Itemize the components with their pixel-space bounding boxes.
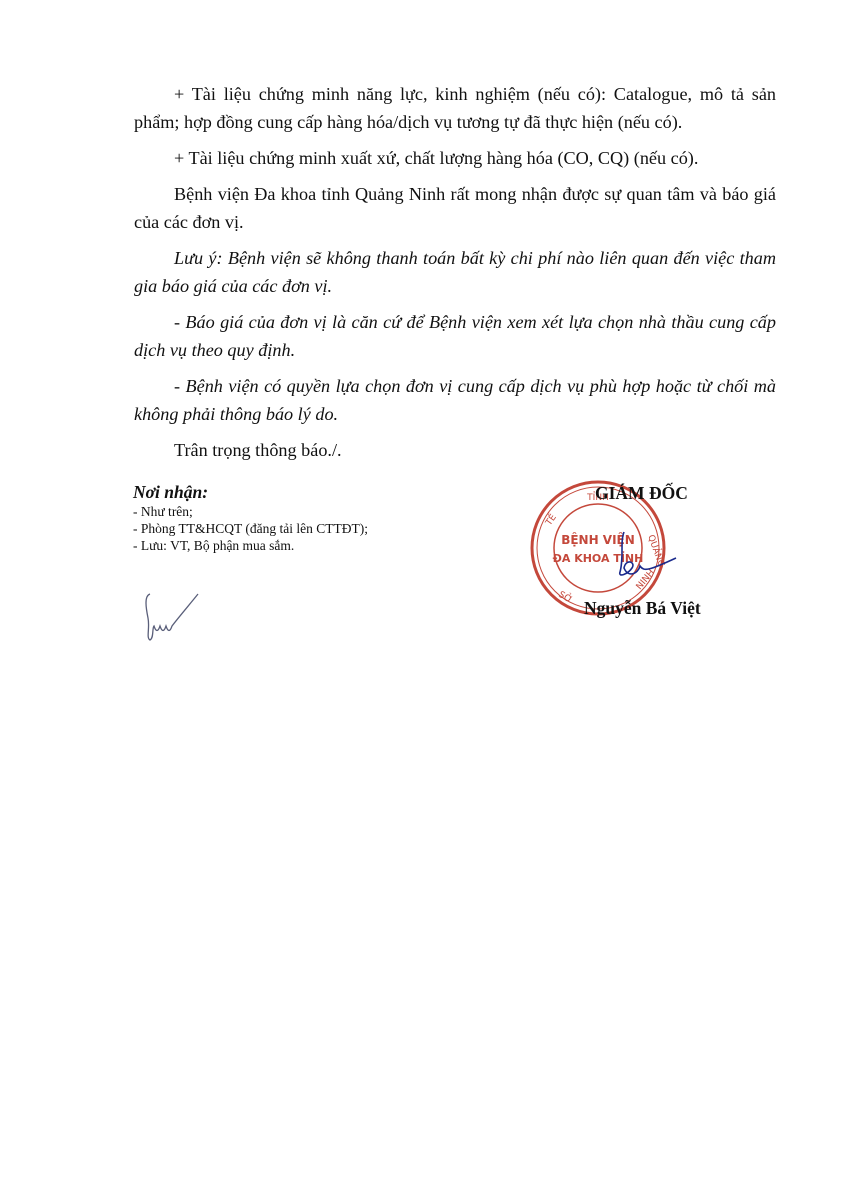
director-signature-icon — [610, 528, 680, 598]
recipients-label: Nơi nhận: — [133, 481, 493, 503]
paragraph-note-selection: - Báo giá của đơn vị là căn cứ để Bệnh v… — [134, 308, 776, 364]
paragraph-capability-docs: + Tài liệu chứng minh năng lực, kinh ngh… — [134, 80, 776, 136]
document-page: + Tài liệu chứng minh năng lực, kinh ngh… — [0, 0, 849, 1200]
paragraph-closing: Trân trọng thông báo./. — [134, 436, 776, 464]
director-name: Nguyễn Bá Việt — [584, 597, 701, 619]
director-title: GIÁM ĐỐC — [595, 482, 688, 504]
paragraph-note: Lưu ý: Bệnh viện sẽ không thanh toán bất… — [134, 244, 776, 300]
recipients-block: Nơi nhận: - Như trên; - Phòng TT&HCQT (đ… — [133, 481, 493, 554]
svg-text:TẾ: TẾ — [542, 511, 559, 528]
initial-signature-icon — [138, 588, 208, 646]
paragraph-origin-docs: + Tài liệu chứng minh xuất xứ, chất lượn… — [134, 144, 776, 172]
recipient-item: - Phòng TT&HCQT (đăng tải lên CTTĐT); — [133, 520, 493, 537]
recipient-item: - Như trên; — [133, 503, 493, 520]
paragraph-request: Bệnh viện Đa khoa tỉnh Quảng Ninh rất mo… — [134, 180, 776, 236]
paragraph-note-rights: - Bệnh viện có quyền lựa chọn đơn vị cun… — [134, 372, 776, 428]
recipient-item: - Lưu: VT, Bộ phận mua sắm. — [133, 537, 493, 554]
body-text: + Tài liệu chứng minh năng lực, kinh ngh… — [134, 80, 776, 472]
